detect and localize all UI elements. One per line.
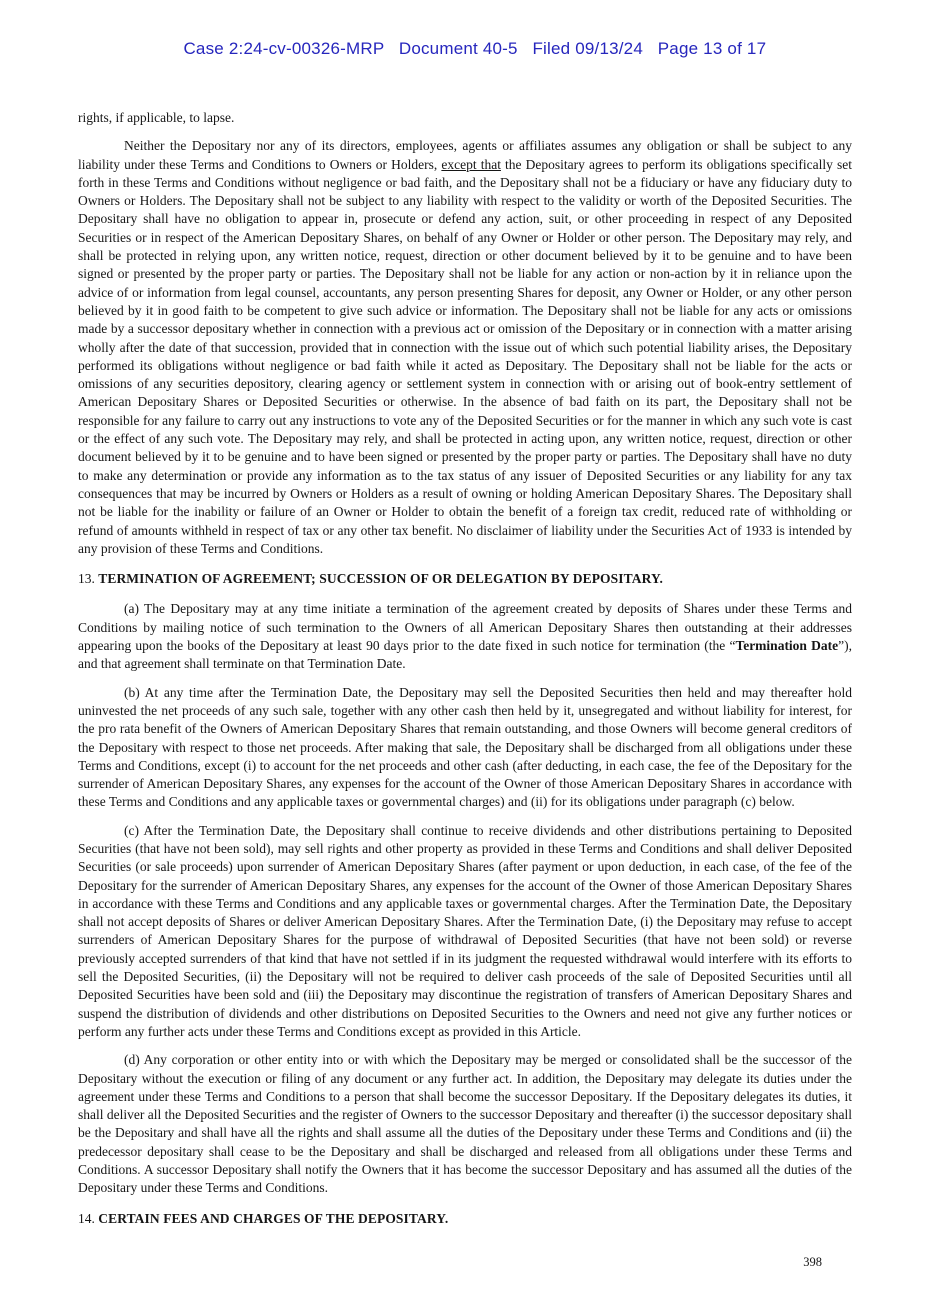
section-13-heading: 13. TERMINATION OF AGREEMENT; SUCCESSION…	[78, 570, 852, 588]
paragraph-opening-fragment: rights, if applicable, to lapse.	[78, 109, 852, 127]
case-header-text: Case 2:24-cv-00326-MRP Document 40-5 Fil…	[183, 39, 766, 58]
page-number: 398	[803, 1255, 822, 1270]
paragraph-13d: (d) Any corporation or other entity into…	[78, 1051, 852, 1197]
liability-text-post: the Depositary agrees to perform its obl…	[78, 157, 852, 556]
section-13-title: TERMINATION OF AGREEMENT; SUCCESSION OF …	[98, 571, 663, 586]
paragraph-13c: (c) After the Termination Date, the Depo…	[78, 822, 852, 1042]
document-body: rights, if applicable, to lapse. Neither…	[78, 109, 852, 1228]
section-13-number: 13.	[78, 571, 95, 586]
document-page: Case 2:24-cv-00326-MRP Document 40-5 Fil…	[0, 0, 930, 1316]
para-a-termination-date-term: Termination Date	[735, 638, 838, 653]
case-header: Case 2:24-cv-00326-MRP Document 40-5 Fil…	[0, 19, 930, 79]
section-14-heading: 14. CERTAIN FEES AND CHARGES OF THE DEPO…	[78, 1210, 852, 1228]
liability-underlined-phrase: except that	[441, 157, 501, 172]
paragraph-13b: (b) At any time after the Termination Da…	[78, 684, 852, 812]
section-14-title: CERTAIN FEES AND CHARGES OF THE DEPOSITA…	[98, 1211, 448, 1226]
paragraph-13a: (a) The Depositary may at any time initi…	[78, 600, 852, 673]
paragraph-depositary-liability: Neither the Depositary nor any of its di…	[78, 137, 852, 558]
section-14-number: 14.	[78, 1211, 95, 1226]
